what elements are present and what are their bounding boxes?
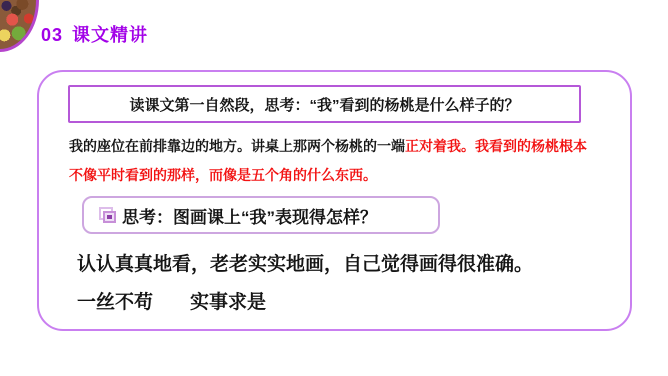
passage-segment-black: 我的座位在前排靠边的地方。讲桌上那两个杨桃的一端 — [69, 138, 405, 154]
fruit-photo-decoration — [0, 0, 36, 49]
passage-line-2: 不像平时看到的那样，而像是五个角的什么东西。 — [69, 161, 587, 190]
section-title-text: 课文精讲 — [72, 25, 148, 45]
think-text: 思考：图画课上“我”表现得怎样？ — [122, 203, 377, 228]
page-title: 03课文精讲 — [41, 21, 148, 47]
answer-line: 认认真真地看，老老实实地画，自己觉得画得很准确。 — [77, 249, 533, 276]
question-text: 读课文第一自然段，思考：“我”看到的杨桃是什么样子的？ — [129, 94, 519, 115]
passage-line-1: 我的座位在前排靠边的地方。讲桌上那两个杨桃的一端正对着我。我看到的杨桃根本 — [69, 132, 587, 161]
idiom-2: 实事求是 — [190, 292, 266, 313]
screen-icon — [99, 207, 116, 223]
idioms-line: 一丝不苟实事求是 — [77, 287, 266, 314]
passage-segment-red-2: 不像平时看到的那样，而像是五个角的什么东西。 — [69, 167, 377, 183]
think-box: 思考：图画课上“我”表现得怎样？ — [82, 196, 440, 234]
section-number: 03 — [41, 25, 63, 45]
passage: 我的座位在前排靠边的地方。讲桌上那两个杨桃的一端正对着我。我看到的杨桃根本 不像… — [69, 132, 587, 190]
content-panel: 读课文第一自然段，思考：“我”看到的杨桃是什么样子的？ 我的座位在前排靠边的地方… — [37, 70, 632, 331]
idiom-1: 一丝不苟 — [77, 292, 153, 313]
question-box: 读课文第一自然段，思考：“我”看到的杨桃是什么样子的？ — [68, 85, 581, 123]
passage-segment-red-1: 正对着我。我看到的杨桃根本 — [405, 138, 587, 154]
